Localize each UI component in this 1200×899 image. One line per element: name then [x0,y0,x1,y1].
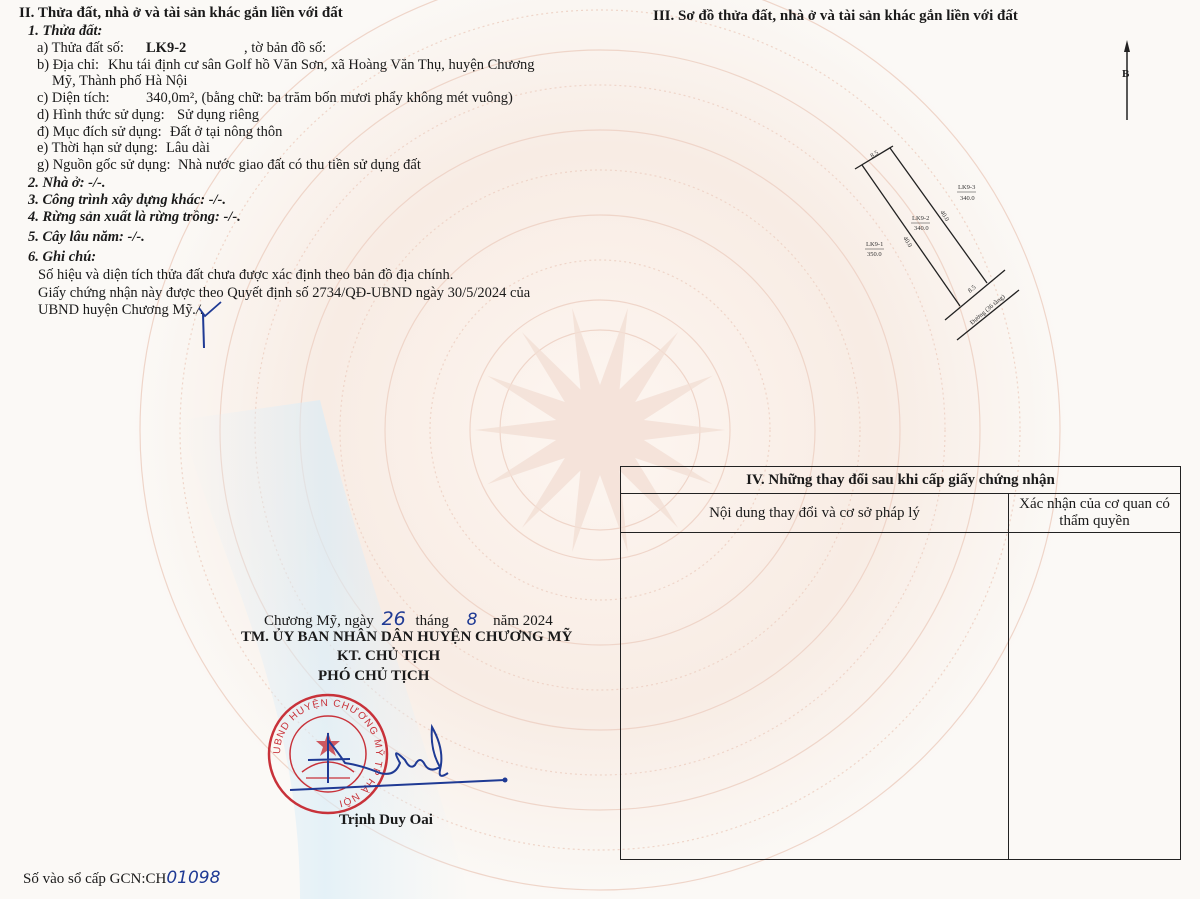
column-header-confirmation: Xác nhận của cơ quan có thẩm quyền [1009,496,1180,533]
svg-text:340.0: 340.0 [960,195,975,202]
svg-text:Đường (36 tầng): Đường (36 tầng) [969,293,1007,326]
changes-table: IV. Những thay đổi sau khi cấp giấy chứn… [620,466,1181,860]
handwritten-signature-icon [280,715,520,815]
changes-table-title: IV. Những thay đổi sau khi cấp giấy chứn… [621,467,1180,494]
sign-month: 8 [467,610,478,630]
sign-role-1: KT. CHỦ TỊCH [337,648,440,665]
changes-content-cell [621,533,1008,859]
changes-confirmation-cell [1009,533,1180,859]
north-arrow-icon [1124,40,1130,120]
svg-text:8.5: 8.5 [869,149,880,159]
sign-role-2: PHÓ CHỦ TỊCH [318,668,429,685]
column-header-content: Nội dung thay đổi và cơ sở pháp lý [621,494,1008,533]
svg-text:340.0: 340.0 [914,225,929,232]
sign-month-label: tháng [416,613,449,629]
parcel-diagram: B 8.5 40.0 40.0 8.5 Đường (36 tầng) LK9-… [0,0,1200,460]
svg-text:40.0: 40.0 [938,209,950,222]
sign-date: Chương Mỹ, ngày 26 tháng 8 năm 2024 [264,611,553,630]
changes-table-header: Nội dung thay đổi và cơ sở pháp lý Xác n… [621,494,1180,533]
svg-text:8.5: 8.5 [967,284,978,295]
svg-text:40.0: 40.0 [901,235,913,248]
sign-organization: TM. ỦY BAN NHÂN DÂN HUYỆN CHƯƠNG MỸ [241,629,572,646]
sign-year: năm 2024 [493,613,553,629]
svg-text:350.0: 350.0 [867,251,882,258]
svg-text:LK9-1: LK9-1 [866,241,883,248]
sign-place: Chương Mỹ, ngày [264,613,374,629]
registry-number: Số vào sổ cấp GCN:CH01098 [23,868,220,888]
svg-text:LK9-3: LK9-3 [958,184,975,191]
registry-label: Số vào sổ cấp GCN:CH [23,871,166,887]
sign-day: 26 [382,608,406,630]
registry-value: 01098 [166,868,220,888]
svg-text:LK9-2: LK9-2 [912,215,929,222]
svg-text:B: B [1122,68,1130,80]
